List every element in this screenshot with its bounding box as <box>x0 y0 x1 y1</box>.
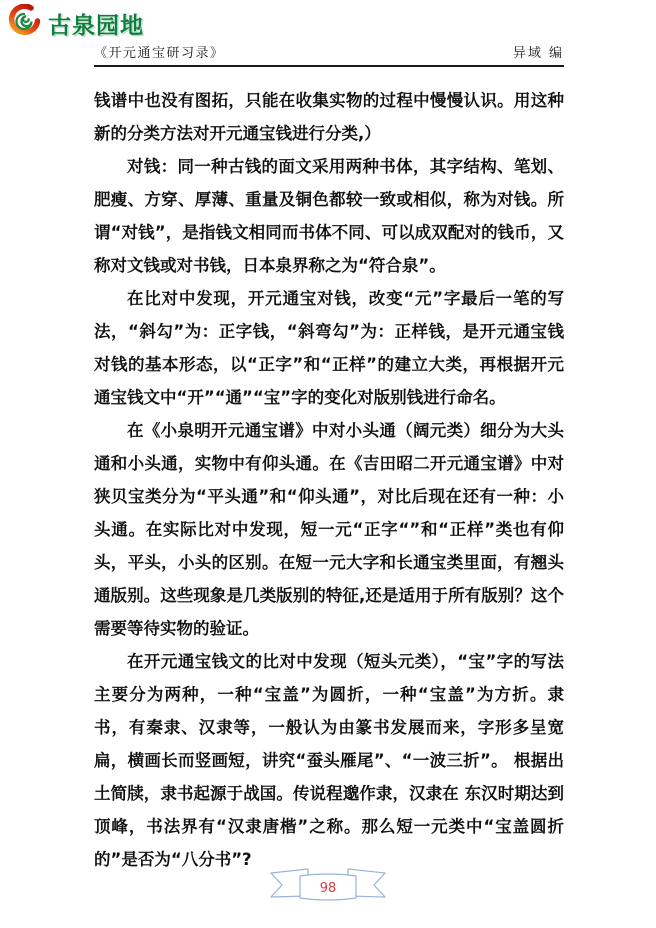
page-header: 《开元通宝研习录》 异域 编 <box>94 42 564 67</box>
paragraph: 在《小泉明开元通宝谱》中对小头通（阔元类）细分为大头通和小头通，实物中有仰头通。… <box>94 414 564 645</box>
page-number-ribbon: 98 <box>270 866 386 904</box>
book-title: 《开元通宝研习录》 <box>94 42 225 61</box>
paragraph: 钱谱中也没有图拓，只能在收集实物的过程中慢慢认识。用这种新的分类方法对开元通宝钱… <box>94 84 564 150</box>
logo-text: 古泉园地 <box>48 7 144 40</box>
site-logo: 古泉园地 <box>8 4 144 42</box>
paragraph: 在比对中发现，开元通宝对钱，改变“元”字最后一笔的写法，“斜勾”为：正字钱，“斜… <box>94 282 564 414</box>
paragraph: 对钱：同一种古钱的面文采用两种书体，其字结构、笔划、肥瘦、方穿、厚薄、重量及铜色… <box>94 150 564 282</box>
page-number: 98 <box>320 881 337 896</box>
paragraph: 在开元通宝钱文的比对中发现（短头元类），“宝”字的写法主要分为两种，一种“宝盖”… <box>94 645 564 876</box>
document-page: 古泉园地 《开元通宝研习录》 异域 编 钱谱中也没有图拓，只能在收集实物的过程中… <box>0 0 656 928</box>
editor-name: 异域 编 <box>513 42 564 61</box>
swirl-coin-icon <box>8 4 42 42</box>
document-body: 钱谱中也没有图拓，只能在收集实物的过程中慢慢认识。用这种新的分类方法对开元通宝钱… <box>94 84 564 876</box>
